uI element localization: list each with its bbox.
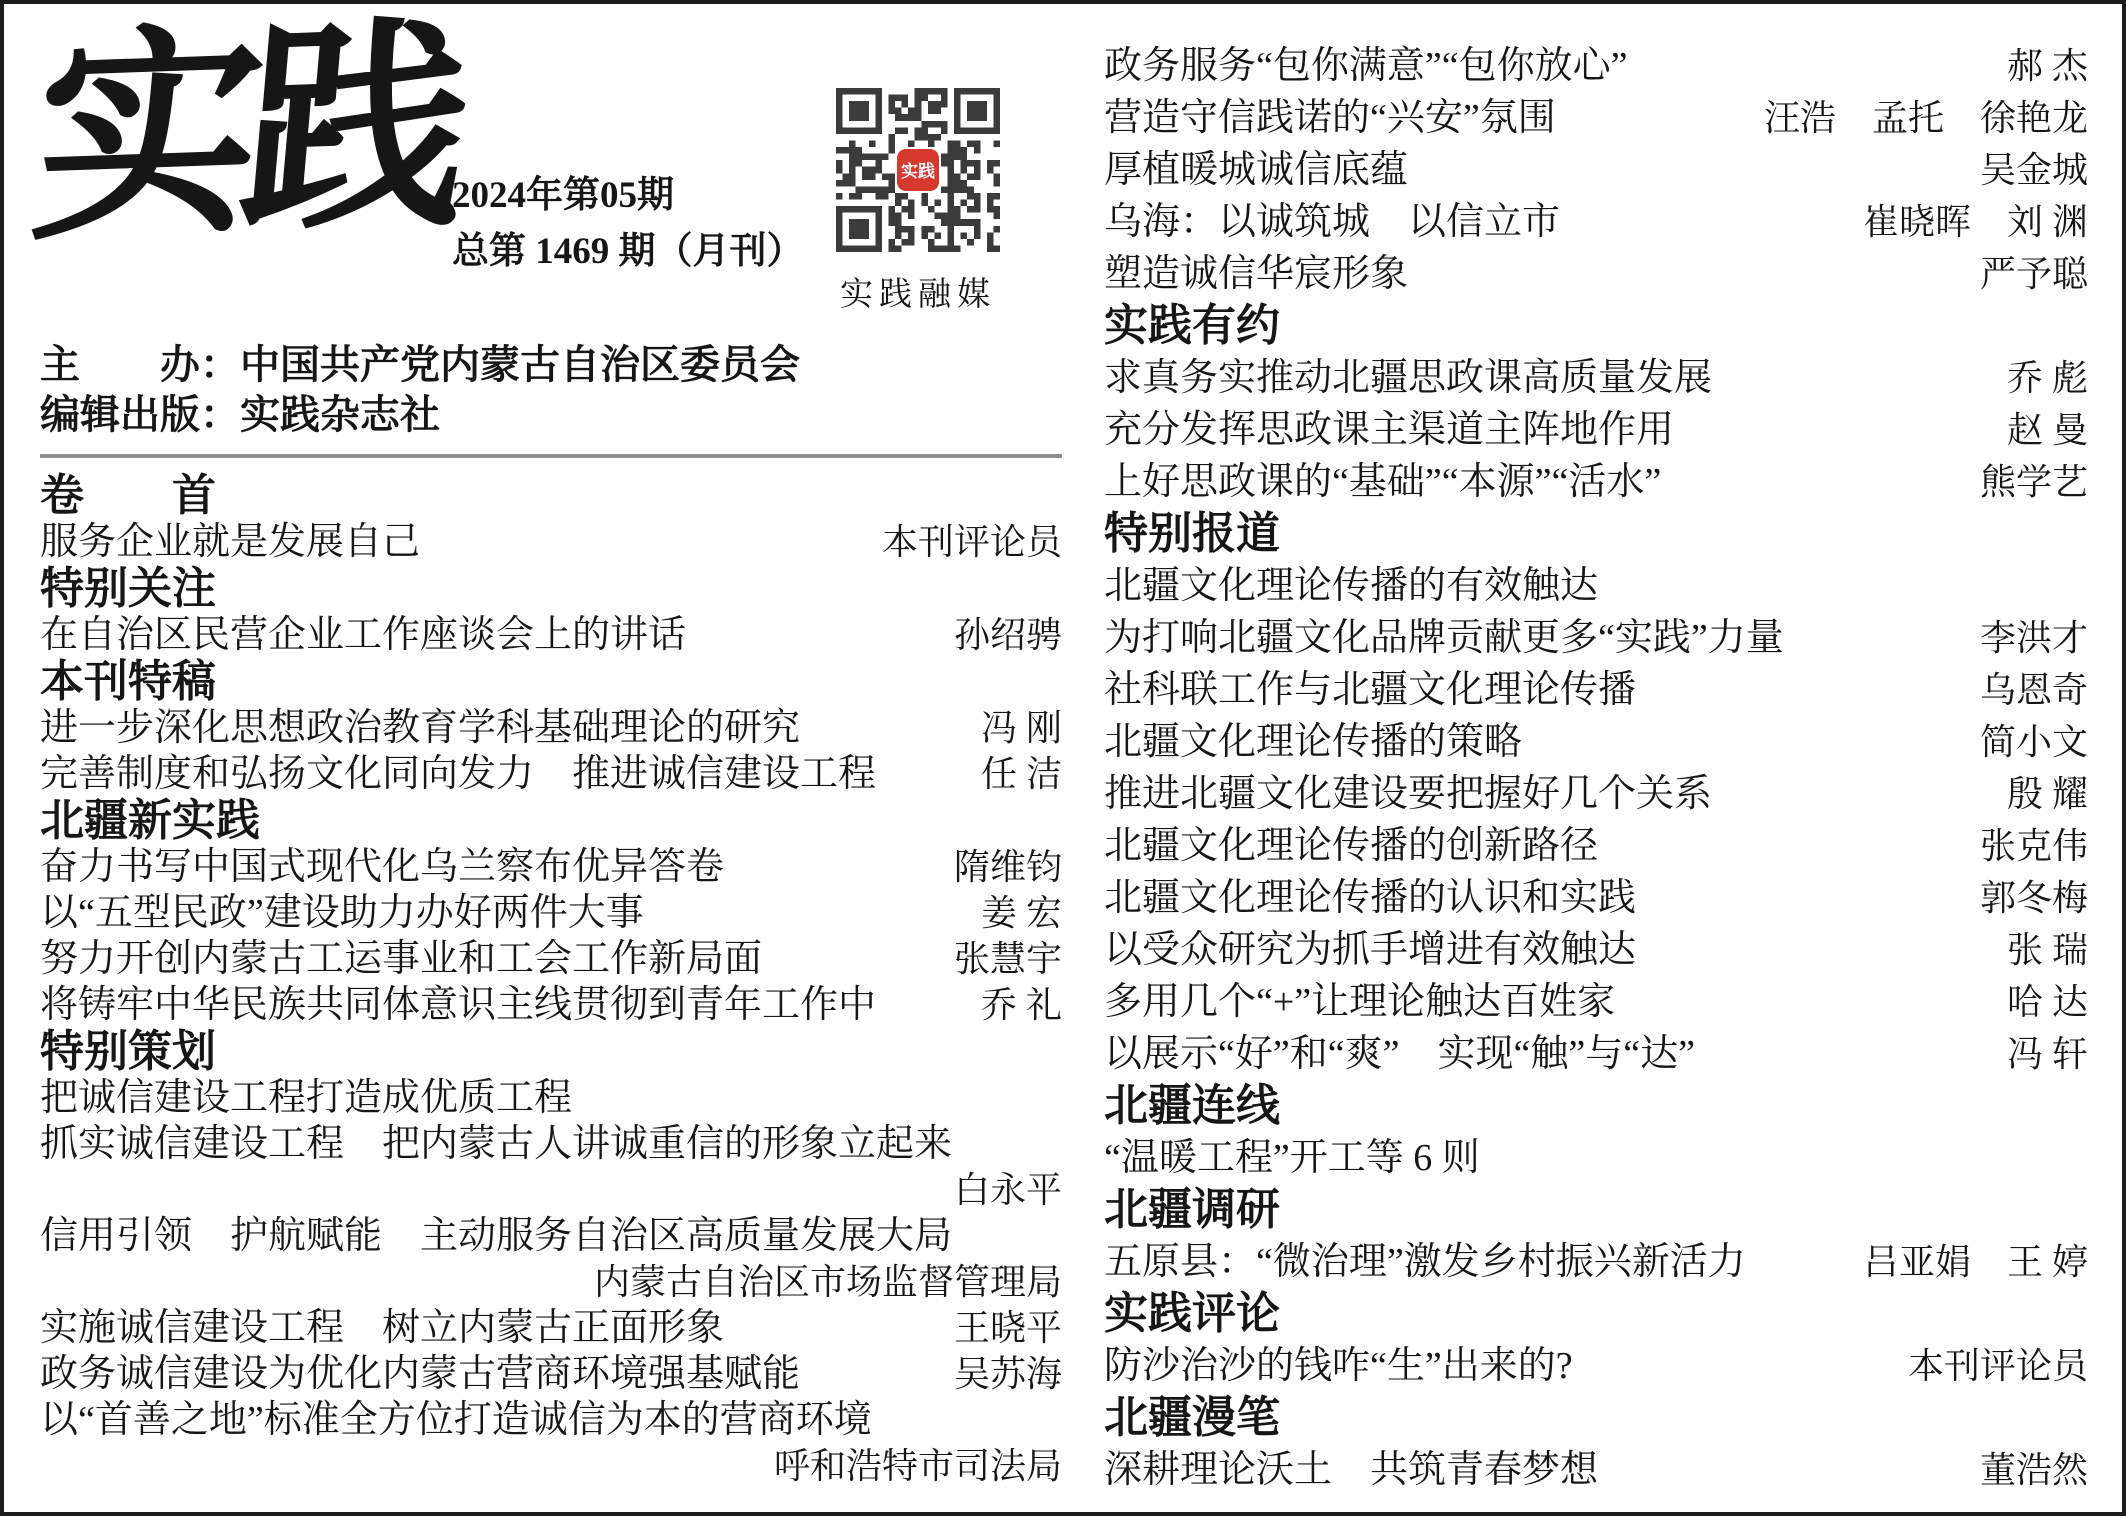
toc-entry: 五原县：“微治理”激发乡村振兴新活力吕亚娟 王 婷 <box>1104 1236 2088 1288</box>
left-column: 实践 2024年第05期 总第 1469 期（月刊） 实践 实践融媒 主 办：中… <box>40 32 1062 1486</box>
toc-entry: 在自治区民营企业工作座谈会上的讲话孙绍骋 <box>40 612 1062 658</box>
toc-section: 实践有约求真务实推动北疆思政课高质量发展乔 彪充分发挥思政课主渠道主阵地作用赵 … <box>1104 300 2088 508</box>
toc-entry-title: 求真务实推动北疆思政课高质量发展 <box>1104 352 1712 404</box>
toc-entry-author: 乌恩奇 <box>1980 664 2088 716</box>
toc-entry: 营造守信践诺的“兴安”氛围汪浩 孟托 徐艳龙 <box>1104 92 2088 144</box>
toc-entry-author: 赵 曼 <box>2007 404 2088 456</box>
toc-entry-author: 简小文 <box>1980 716 2088 768</box>
toc-entry: 实施诚信建设工程 树立内蒙古正面形象王晓平 <box>40 1305 1062 1351</box>
toc-entry-author: 崔晓晖 刘 渊 <box>1863 196 2088 248</box>
toc-entry: 厚植暖城诚信底蕴吴金城 <box>1104 144 2088 196</box>
toc-entry: 进一步深化思想政治教育学科基础理论的研究冯 刚 <box>40 705 1062 751</box>
toc-entry-title: 以“首善之地”标准全方位打造诚信为本的营商环境 <box>40 1397 872 1443</box>
toc-entry-title: 社科联工作与北疆文化理论传播 <box>1104 664 1636 716</box>
toc-entry-title: 信用引领 护航赋能 主动服务自治区高质量发展大局 <box>40 1213 952 1259</box>
toc-entry-author: 熊学艺 <box>1980 456 2088 508</box>
right-column: 政务服务“包你满意”“包你放心”郝 杰营造守信践诺的“兴安”氛围汪浩 孟托 徐艳… <box>1104 32 2088 1486</box>
toc-entry-title: 努力开创内蒙古工运事业和工会工作新局面 <box>40 936 762 982</box>
toc-entry: 北疆文化理论传播的有效触达 <box>1104 560 2088 612</box>
qr-caption: 实践融媒 <box>818 268 1018 315</box>
toc-entry: 把诚信建设工程打造成优质工程 <box>40 1075 1062 1121</box>
toc-section: 特别关注在自治区民营企业工作座谈会上的讲话孙绍骋 <box>40 565 1062 658</box>
toc-section: 实践评论防沙治沙的钱咋“生”出来的?本刊评论员 <box>1104 1288 2088 1392</box>
toc-entry-title: 为打响北疆文化品牌贡献更多“实践”力量 <box>1104 612 1784 664</box>
toc-right-column: 政务服务“包你满意”“包你放心”郝 杰营造守信践诺的“兴安”氛围汪浩 孟托 徐艳… <box>1104 40 2088 1496</box>
toc-entry-author: 张 瑞 <box>2007 924 2088 976</box>
toc-entry-author-line: 白永平 <box>40 1167 1062 1213</box>
toc-entry-title: 以受众研究为抓手增进有效触达 <box>1104 924 1636 976</box>
toc-entry: 努力开创内蒙古工运事业和工会工作新局面张慧宇 <box>40 936 1062 982</box>
toc-entry: 以受众研究为抓手增进有效触达张 瑞 <box>1104 924 2088 976</box>
toc-entry-title: 实施诚信建设工程 树立内蒙古正面形象 <box>40 1305 724 1351</box>
publisher-line: 编辑出版：实践杂志社 <box>40 390 1062 440</box>
toc-entry-title: 深耕理论沃土 共筑青春梦想 <box>1104 1444 1598 1496</box>
toc-entry-title: 塑造诚信华宸形象 <box>1104 248 1408 300</box>
toc-left-column: 卷 首服务企业就是发展自己本刊评论员特别关注在自治区民营企业工作座谈会上的讲话孙… <box>40 472 1062 1489</box>
toc-section: 政务服务“包你满意”“包你放心”郝 杰营造守信践诺的“兴安”氛围汪浩 孟托 徐艳… <box>1104 40 2088 300</box>
toc-entry-author-line: 内蒙古自治区市场监督管理局 <box>40 1259 1062 1305</box>
qr-code-icon: 实践 <box>836 88 1000 252</box>
toc-entry-title: 服务企业就是发展自己 <box>40 519 420 565</box>
toc-entry: 政务诚信建设为优化内蒙古营商环境强基赋能吴苏海 <box>40 1351 1062 1397</box>
toc-entry-title: 上好思政课的“基础”“本源”“活水” <box>1104 456 1661 508</box>
toc-entry-author: 张慧宇 <box>954 936 1062 982</box>
toc-entry: 以“五型民政”建设助力办好两件大事姜 宏 <box>40 890 1062 936</box>
magazine-contents-page: 实践 2024年第05期 总第 1469 期（月刊） 实践 实践融媒 主 办：中… <box>0 0 2126 1516</box>
toc-entry-author: 本刊评论员 <box>1908 1340 2088 1392</box>
toc-entry-author: 严予聪 <box>1980 248 2088 300</box>
toc-entry-title: 乌海：以诚筑城 以信立市 <box>1104 196 1560 248</box>
toc-entry-author: 乔 彪 <box>2007 352 2088 404</box>
issue-number: 2024年第05期 <box>452 168 804 224</box>
toc-entry: 北疆文化理论传播的策略简小文 <box>1104 716 2088 768</box>
toc-section-title: 本刊特稿 <box>40 658 1062 705</box>
masthead-divider <box>40 454 1062 458</box>
toc-entry: 上好思政课的“基础”“本源”“活水”熊学艺 <box>1104 456 2088 508</box>
toc-section-title: 卷 首 <box>40 472 1062 519</box>
toc-entry-author: 吕亚娟 王 婷 <box>1863 1236 2088 1288</box>
toc-entry-title: 进一步深化思想政治教育学科基础理论的研究 <box>40 705 800 751</box>
toc-entry-title: 营造守信践诺的“兴安”氛围 <box>1104 92 1556 144</box>
toc-entry: 推进北疆文化建设要把握好几个关系殷 耀 <box>1104 768 2088 820</box>
toc-entry-author: 张克伟 <box>1980 820 2088 872</box>
toc-entry-author: 白永平 <box>954 1167 1062 1213</box>
toc-entry: 求真务实推动北疆思政课高质量发展乔 彪 <box>1104 352 2088 404</box>
toc-entry-author: 吴金城 <box>1980 144 2088 196</box>
toc-section-title: 特别关注 <box>40 565 1062 612</box>
toc-entry-title: 抓实诚信建设工程 把内蒙古人讲诚重信的形象立起来 <box>40 1121 952 1167</box>
toc-entry-author: 隋维钧 <box>954 844 1062 890</box>
toc-entry: 以“首善之地”标准全方位打造诚信为本的营商环境 <box>40 1397 1062 1443</box>
toc-entry: 多用几个“+”让理论触达百姓家哈 达 <box>1104 976 2088 1028</box>
toc-entry: 乌海：以诚筑城 以信立市崔晓晖 刘 渊 <box>1104 196 2088 248</box>
toc-section: 特别报道北疆文化理论传播的有效触达为打响北疆文化品牌贡献更多“实践”力量李洪才社… <box>1104 508 2088 1080</box>
toc-entry: 奋力书写中国式现代化乌兰察布优异答卷隋维钧 <box>40 844 1062 890</box>
toc-section: 北疆新实践奋力书写中国式现代化乌兰察布优异答卷隋维钧以“五型民政”建设助力办好两… <box>40 797 1062 1028</box>
toc-section-title: 北疆连线 <box>1104 1080 2088 1132</box>
toc-entry: 北疆文化理论传播的认识和实践郭冬梅 <box>1104 872 2088 924</box>
masthead: 实践 2024年第05期 总第 1469 期（月刊） 实践 实践融媒 <box>40 32 1062 340</box>
toc-entry-author: 本刊评论员 <box>882 519 1062 565</box>
toc-entry-author: 呼和浩特市司法局 <box>774 1443 1062 1489</box>
toc-entry-title: 政务服务“包你满意”“包你放心” <box>1104 40 1627 92</box>
toc-section-title: 特别策划 <box>40 1028 1062 1075</box>
toc-entry-title: 推进北疆文化建设要把握好几个关系 <box>1104 768 1712 820</box>
toc-section: 北疆漫笔深耕理论沃土 共筑青春梦想董浩然 <box>1104 1392 2088 1496</box>
toc-entry-title: 北疆文化理论传播的策略 <box>1104 716 1522 768</box>
toc-entry-author: 哈 达 <box>2007 976 2088 1028</box>
toc-entry: 为打响北疆文化品牌贡献更多“实践”力量李洪才 <box>1104 612 2088 664</box>
toc-entry-title: 多用几个“+”让理论触达百姓家 <box>1104 976 1615 1028</box>
toc-entry-title: 把诚信建设工程打造成优质工程 <box>40 1075 572 1121</box>
toc-entry: 政务服务“包你满意”“包你放心”郝 杰 <box>1104 40 2088 92</box>
toc-entry-author: 姜 宏 <box>981 890 1062 936</box>
toc-entry: 深耕理论沃土 共筑青春梦想董浩然 <box>1104 1444 2088 1496</box>
toc-entry: 完善制度和弘扬文化同向发力 推进诚信建设工程任 洁 <box>40 751 1062 797</box>
toc-entry-author: 乔 礼 <box>981 982 1062 1028</box>
toc-section: 本刊特稿进一步深化思想政治教育学科基础理论的研究冯 刚完善制度和弘扬文化同向发力… <box>40 658 1062 797</box>
toc-section-title: 特别报道 <box>1104 508 2088 560</box>
toc-entry-author: 内蒙古自治区市场监督管理局 <box>594 1259 1062 1305</box>
issue-info: 2024年第05期 总第 1469 期（月刊） <box>452 168 804 279</box>
toc-entry-author: 汪浩 孟托 徐艳龙 <box>1764 92 2088 144</box>
toc-section: 卷 首服务企业就是发展自己本刊评论员 <box>40 472 1062 565</box>
toc-entry: 塑造诚信华宸形象严予聪 <box>1104 248 2088 300</box>
toc-entry: “温暖工程”开工等 6 则 <box>1104 1132 2088 1184</box>
toc-entry-title: 政务诚信建设为优化内蒙古营商环境强基赋能 <box>40 1351 800 1397</box>
toc-entry-author: 王晓平 <box>954 1305 1062 1351</box>
toc-entry: 以展示“好”和“爽” 实现“触”与“达”冯 轩 <box>1104 1028 2088 1080</box>
toc-entry-title: 防沙治沙的钱咋“生”出来的? <box>1104 1340 1573 1392</box>
organizer-line: 主 办：中国共产党内蒙古自治区委员会 <box>40 340 1062 390</box>
toc-entry-author: 董浩然 <box>1980 1444 2088 1496</box>
toc-section: 北疆调研五原县：“微治理”激发乡村振兴新活力吕亚娟 王 婷 <box>1104 1184 2088 1288</box>
toc-entry: 充分发挥思政课主渠道主阵地作用赵 曼 <box>1104 404 2088 456</box>
toc-entry: 信用引领 护航赋能 主动服务自治区高质量发展大局 <box>40 1213 1062 1259</box>
toc-entry: 防沙治沙的钱咋“生”出来的?本刊评论员 <box>1104 1340 2088 1392</box>
toc-entry-title: 将铸牢中华民族共同体意识主线贯彻到青年工作中 <box>40 982 876 1028</box>
toc-entry: 社科联工作与北疆文化理论传播乌恩奇 <box>1104 664 2088 716</box>
toc-entry: 将铸牢中华民族共同体意识主线贯彻到青年工作中乔 礼 <box>40 982 1062 1028</box>
toc-section-title: 实践评论 <box>1104 1288 2088 1340</box>
toc-entry-author: 任 洁 <box>981 751 1062 797</box>
toc-entry-title: 在自治区民营企业工作座谈会上的讲话 <box>40 612 686 658</box>
toc-entry-title: 奋力书写中国式现代化乌兰察布优异答卷 <box>40 844 724 890</box>
toc-entry-title: 完善制度和弘扬文化同向发力 推进诚信建设工程 <box>40 751 876 797</box>
toc-section-title: 北疆新实践 <box>40 797 1062 844</box>
toc-entry-title: 北疆文化理论传播的有效触达 <box>1104 560 1598 612</box>
toc-entry-author: 李洪才 <box>1980 612 2088 664</box>
qr-center-logo-text: 实践 <box>901 161 935 182</box>
toc-entry-title: 北疆文化理论传播的创新路径 <box>1104 820 1598 872</box>
qr-block: 实践 实践融媒 <box>818 88 1018 315</box>
toc-entry-title: 五原县：“微治理”激发乡村振兴新活力 <box>1104 1236 1746 1288</box>
toc-entry-title: 北疆文化理论传播的认识和实践 <box>1104 872 1636 924</box>
toc-entry-author-line: 呼和浩特市司法局 <box>40 1443 1062 1489</box>
toc-entry-title: 充分发挥思政课主渠道主阵地作用 <box>1104 404 1674 456</box>
toc-entry-author: 吴苏海 <box>954 1351 1062 1397</box>
toc-entry-author: 殷 耀 <box>2007 768 2088 820</box>
toc-entry-author: 冯 轩 <box>2007 1028 2088 1080</box>
toc-entry-author: 郝 杰 <box>2007 40 2088 92</box>
toc-entry-title: “温暖工程”开工等 6 则 <box>1104 1132 1480 1184</box>
toc-section-title: 北疆调研 <box>1104 1184 2088 1236</box>
toc-entry-author: 孙绍骋 <box>954 612 1062 658</box>
toc-section-title: 实践有约 <box>1104 300 2088 352</box>
toc-entry: 抓实诚信建设工程 把内蒙古人讲诚重信的形象立起来 <box>40 1121 1062 1167</box>
issue-total: 总第 1469 期（月刊） <box>452 224 804 280</box>
toc-entry: 服务企业就是发展自己本刊评论员 <box>40 519 1062 565</box>
toc-entry-title: 以展示“好”和“爽” 实现“触”与“达” <box>1104 1028 1695 1080</box>
toc-entry-author: 郭冬梅 <box>1980 872 2088 924</box>
magazine-logo-calligraphy: 实践 <box>24 0 462 270</box>
toc-entry-author: 冯 刚 <box>981 705 1062 751</box>
toc-section-title: 北疆漫笔 <box>1104 1392 2088 1444</box>
toc-entry-title: 以“五型民政”建设助力办好两件大事 <box>40 890 644 936</box>
toc-entry-title: 厚植暖城诚信底蕴 <box>1104 144 1408 196</box>
toc-entry: 北疆文化理论传播的创新路径张克伟 <box>1104 820 2088 872</box>
toc-section: 特别策划把诚信建设工程打造成优质工程抓实诚信建设工程 把内蒙古人讲诚重信的形象立… <box>40 1028 1062 1489</box>
toc-section: 北疆连线“温暖工程”开工等 6 则 <box>1104 1080 2088 1184</box>
